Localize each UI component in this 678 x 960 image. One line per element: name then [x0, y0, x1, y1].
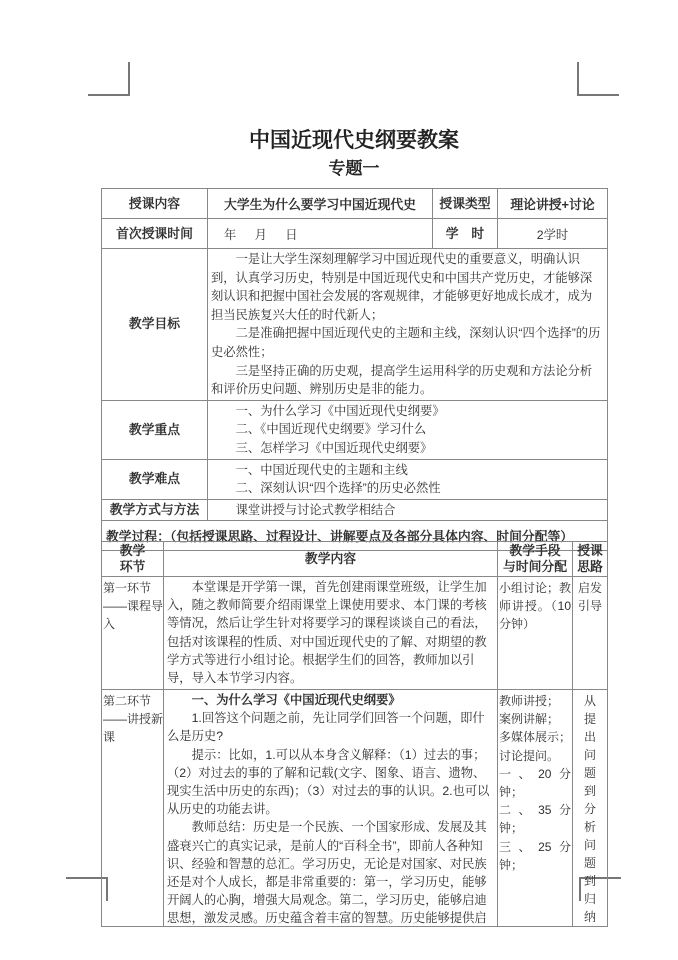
- header-means: 教学手段 与时间分配: [498, 542, 573, 577]
- label-course-type: 授课类型: [433, 189, 498, 219]
- course-info-table: 授课内容 大学生为什么要学习中国近现代史 授课类型 理论讲授+讨论 首次授课时间…: [101, 188, 608, 551]
- means-cell: 小组讨论；教师讲授。（10分钟）: [498, 577, 573, 690]
- stage-cell: 第二环节——讲授新课: [102, 690, 164, 927]
- process-header-row: 教学 环节 教学内容 教学手段 与时间分配 授课 思路: [102, 542, 608, 577]
- content-clip: 一、为什么学习《中国近现代史纲要》 1.回答这个问题之前，先让同学们回答一个问题…: [167, 691, 494, 925]
- row-method: 教学方式与方法 课堂讲授与讨论式教学相结合: [102, 499, 608, 521]
- row-first-time: 首次授课时间 年 月 日 学 时 2学时: [102, 219, 608, 249]
- label-objectives: 教学目标: [102, 249, 208, 401]
- idea-cell: 启发引导: [573, 577, 608, 690]
- idea-cell: 从提出问题到分析问题到归纳: [573, 690, 608, 927]
- label-key-points: 教学重点: [102, 400, 208, 459]
- document-page: 中国近现代史纲要教案 专题一 授课内容 大学生为什么要学习中国近现代史 授课类型…: [0, 0, 678, 960]
- row-course-content: 授课内容 大学生为什么要学习中国近现代史 授课类型 理论讲授+讨论: [102, 189, 608, 219]
- content-paragraph: 提示：比如，1.可以从本身含义解释：（1）过去的事；（2）对过去的事的了解和记载…: [167, 746, 494, 819]
- header-content: 教学内容: [164, 542, 498, 577]
- label-first-time: 首次授课时间: [102, 219, 208, 249]
- content-cell: 本堂课是开学第一课，首先创建雨课堂班级，让学生加入，随之教师简要介绍雨课堂上课使…: [164, 577, 498, 690]
- difficult-point-item: 一、中国近现代史的主题和主线: [211, 461, 604, 480]
- label-credit-hours: 学 时: [433, 219, 498, 249]
- objective-paragraph: 二是准确把握中国近现代史的主题和主线，深刻认识“四个选择”的历史必然性；: [211, 324, 604, 361]
- document-subtitle: 专题一: [101, 158, 607, 180]
- header-idea: 授课 思路: [573, 542, 608, 577]
- means-cell: 教师讲授； 案例讲解； 多媒体展示；讨论提问。 一、20分钟； 二、35分钟； …: [498, 690, 573, 927]
- objective-paragraph: 三是坚持正确的历史观，提高学生运用科学的历史观和方法论分析和评价历史问题、辨别历…: [211, 362, 604, 399]
- idea-vertical-text: 从提出问题到分析问题到归纳: [584, 692, 597, 926]
- key-point-item: 三、怎样学习《中国近现代史纲要》: [211, 439, 604, 458]
- header-stage: 教学 环节: [102, 542, 164, 577]
- objective-paragraph: 一是让大学生深刻理解学习中国近现代史的重要意义，明确认识到，认真学习历史，特别是…: [211, 250, 604, 324]
- label-difficult-points: 教学难点: [102, 459, 208, 499]
- value-difficult-points: 一、中国近现代史的主题和主线 二、深刻认识“四个选择”的历史必然性: [208, 459, 608, 499]
- key-point-item: 一、为什么学习《中国近现代史纲要》: [211, 402, 604, 421]
- difficult-point-item: 二、深刻认识“四个选择”的历史必然性: [211, 479, 604, 498]
- row-difficult-points: 教学难点 一、中国近现代史的主题和主线 二、深刻认识“四个选择”的历史必然性: [102, 459, 608, 499]
- row-objectives: 教学目标 一是让大学生深刻理解学习中国近现代史的重要意义，明确认识到，认真学习历…: [102, 249, 608, 401]
- row-key-points: 教学重点 一、为什么学习《中国近现代史纲要》 二、《中国近现代史纲要》学习什么 …: [102, 400, 608, 459]
- content-heading: 一、为什么学习《中国近现代史纲要》: [167, 691, 494, 709]
- crop-mark-top-right: [577, 62, 619, 96]
- value-objectives: 一是让大学生深刻理解学习中国近现代史的重要意义，明确认识到，认真学习历史，特别是…: [208, 249, 608, 401]
- value-course-content: 大学生为什么要学习中国近现代史: [208, 189, 433, 219]
- process-row-2: 第二环节——讲授新课 一、为什么学习《中国近现代史纲要》 1.回答这个问题之前，…: [102, 690, 608, 927]
- content-paragraph: 本堂课是开学第一课，首先创建雨课堂班级，让学生加入，随之教师简要介绍雨课堂上课使…: [167, 578, 494, 687]
- label-method: 教学方式与方法: [102, 499, 208, 521]
- label-course-content: 授课内容: [102, 189, 208, 219]
- content-cell: 一、为什么学习《中国近现代史纲要》 1.回答这个问题之前，先让同学们回答一个问题…: [164, 690, 498, 927]
- document-title: 中国近现代史纲要教案: [101, 128, 607, 154]
- content-paragraph: 1.回答这个问题之前，先让同学们回答一个问题，即什么是历史?: [167, 709, 494, 745]
- process-row-1: 第一环节——课程导入 本堂课是开学第一课，首先创建雨课堂班级，让学生加入，随之教…: [102, 577, 608, 690]
- value-credit-hours: 2学时: [498, 219, 608, 249]
- key-point-item: 二、《中国近现代史纲要》学习什么: [211, 420, 604, 439]
- teaching-process-table: 教学 环节 教学内容 教学手段 与时间分配 授课 思路 第一环节——课程导入 本…: [101, 541, 608, 927]
- crop-mark-top-left: [88, 62, 130, 96]
- method-text: 课堂讲授与讨论式教学相结合: [211, 501, 604, 520]
- value-first-time: 年 月 日: [208, 219, 433, 249]
- value-course-type: 理论讲授+讨论: [498, 189, 608, 219]
- content-paragraph: 教师总结：历史是一个民族、一个国家形成、发展及其盛衰兴亡的真实记录，是前人的“百…: [167, 818, 494, 925]
- stage-cell: 第一环节——课程导入: [102, 577, 164, 690]
- value-method: 课堂讲授与讨论式教学相结合: [208, 499, 608, 521]
- value-key-points: 一、为什么学习《中国近现代史纲要》 二、《中国近现代史纲要》学习什么 三、怎样学…: [208, 400, 608, 459]
